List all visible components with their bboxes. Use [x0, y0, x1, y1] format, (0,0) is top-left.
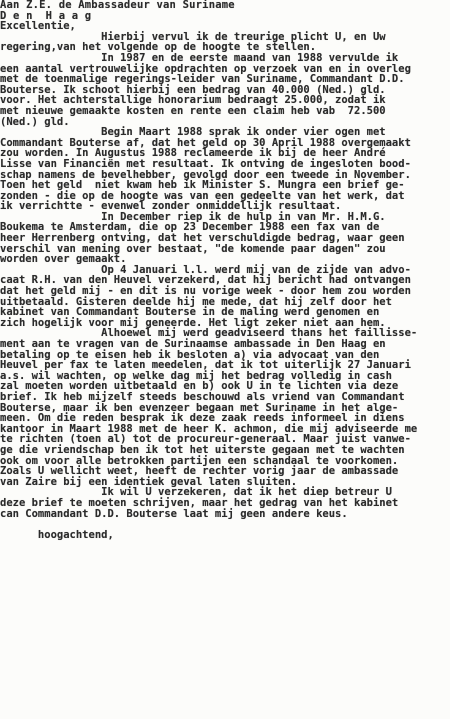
letter-page: Aan Z.E. de Ambassadeur van Suriname D e…: [0, 0, 450, 719]
letter-body: Hierbij vervul ik de treurige plicht U, …: [0, 32, 450, 541]
recipient-address: Aan Z.E. de Ambassadeur van Suriname D e…: [0, 0, 450, 21]
